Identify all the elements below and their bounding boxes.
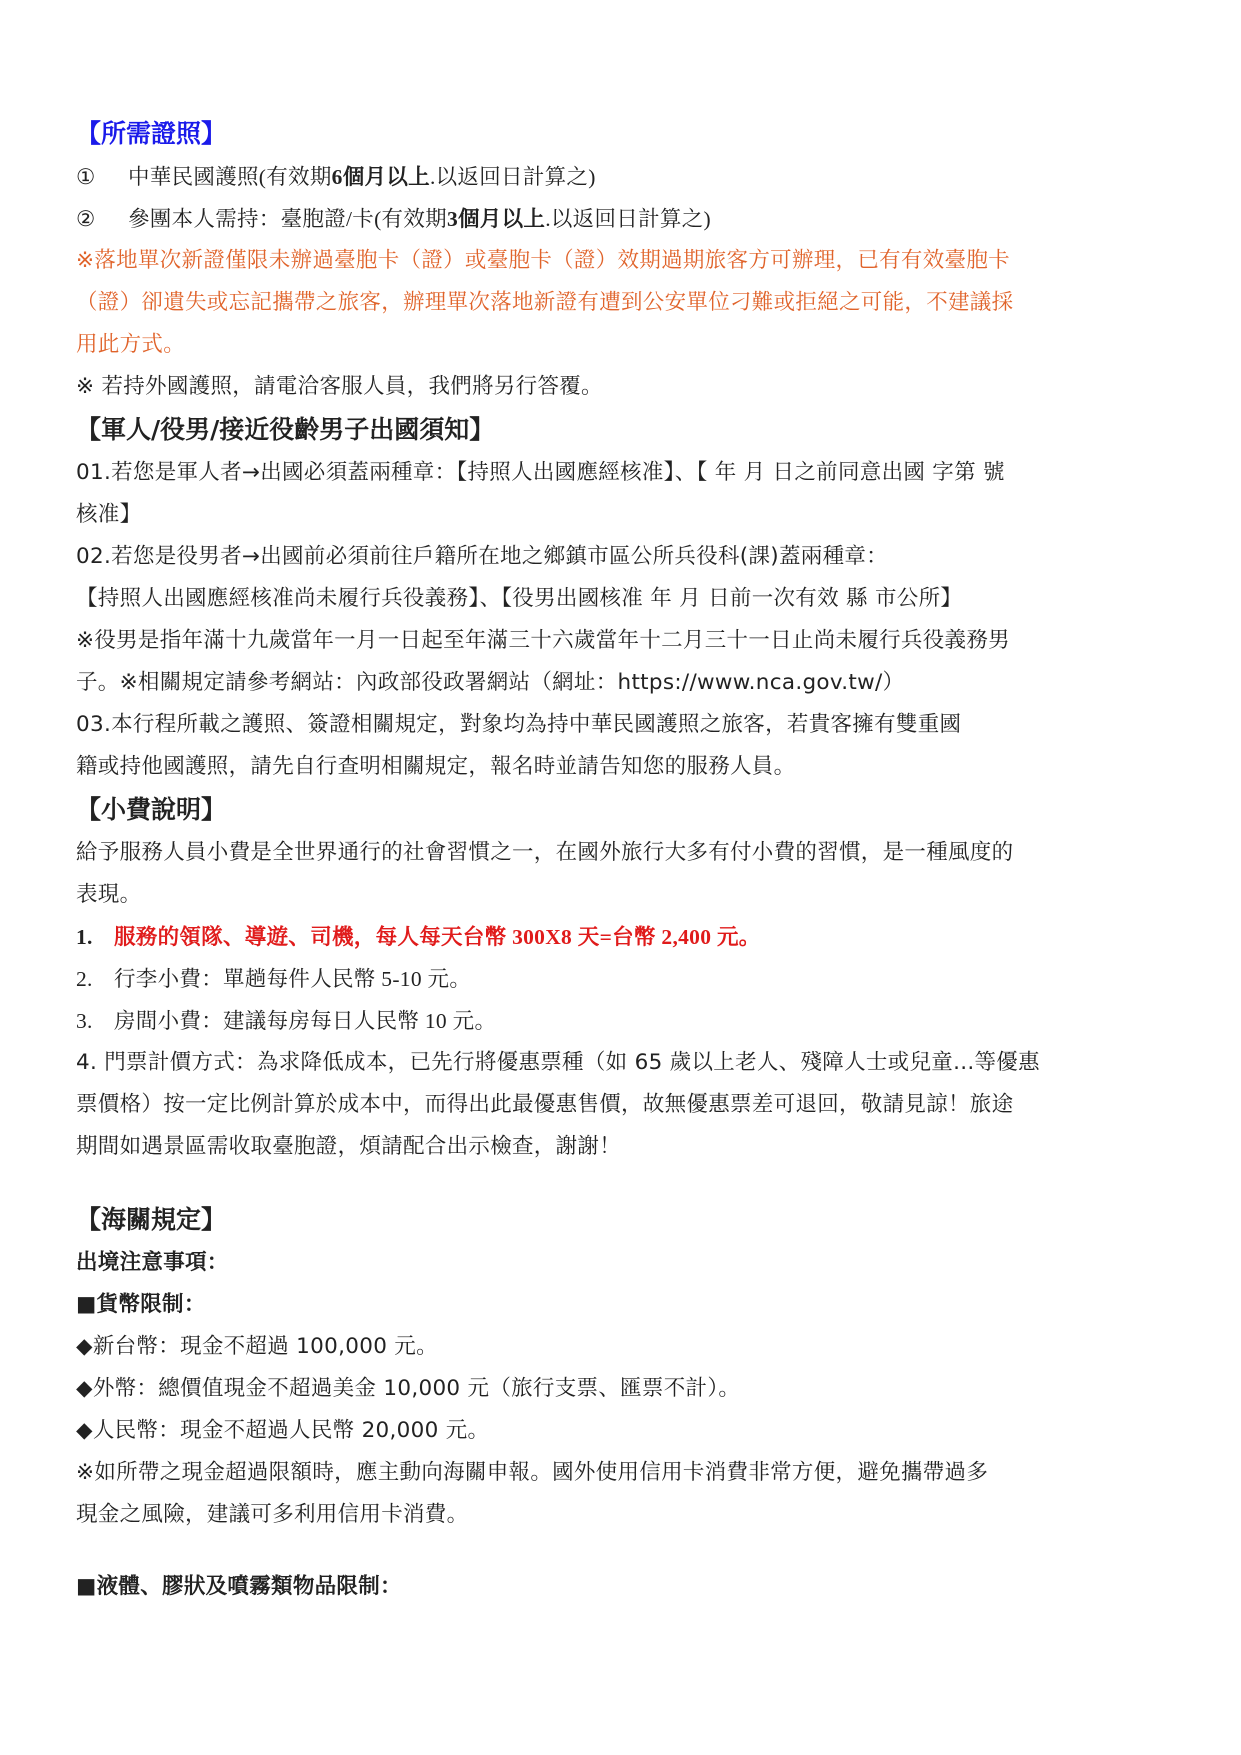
section-title-customs: 【海關規定】: [76, 1198, 1166, 1242]
military-line-5: ※役男是指年滿十九歲當年一月一日起至年滿三十六歲當年十二月三十一日止尚未履行兵役…: [76, 620, 1166, 662]
section-title-tips: 【小費說明】: [76, 788, 1166, 832]
currency-limit-title: ■貨幣限制：: [76, 1284, 1166, 1326]
currency-item-twd: ◆新台幣：現金不超過 100,000 元。: [76, 1326, 1166, 1368]
military-line-2: 核准】: [76, 494, 1166, 536]
military-line-7: 03.本行程所載之護照、簽證相關規定，對象均為持中華民國護照之旅客，若貴客擁有雙…: [76, 704, 1166, 746]
military-line-4: 【持照人出國應經核准尚未履行兵役義務】、【役男出國核准 年 月 日前一次有效 縣…: [76, 578, 1166, 620]
landing-permit-warning-line-1: ※落地單次新證僅限未辦過臺胞卡（證）或臺胞卡（證）效期過期旅客方可辦理，已有有效…: [76, 240, 1166, 282]
military-line-8: 籍或持他國護照，請先自行查明相關規定，報名時並請告知您的服務人員。: [76, 746, 1166, 788]
ticket-pricing-line-1: 4. 門票計價方式：為求降低成本，已先行將優惠票種（如 65 歲以上老人、殘障人…: [76, 1042, 1166, 1084]
tips-intro-line-1: 給予服務人員小費是全世界通行的社會習慣之一，在國外旅行大多有付小費的習慣，是一種…: [76, 832, 1166, 874]
tips-intro-line-2: 表現。: [76, 874, 1166, 916]
spacer: [76, 1536, 1166, 1566]
section-title-documents: 【所需證照】: [76, 112, 1166, 156]
currency-note-line-1: ※如所帶之現金超過限額時，應主動向海關申報。國外使用信用卡消費非常方便，避免攜帶…: [76, 1452, 1166, 1494]
tip-item-1: 1.服務的領隊、導遊、司機，每人每天台幣 300X8 天=台幣 2,400 元。: [76, 916, 1166, 958]
landing-permit-warning-line-3: 用此方式。: [76, 324, 1166, 366]
circled-number-2: ②: [76, 198, 128, 240]
tip-item-2: 2.行李小費：單趟每件人民幣 5-10 元。: [76, 958, 1166, 1000]
document-item-1: ①中華民國護照(有效期6個月以上.以返回日計算之): [76, 156, 1166, 198]
currency-item-foreign: ◆外幣：總價值現金不超過美金 10,000 元（旅行支票、匯票不計）。: [76, 1368, 1166, 1410]
liquid-limit-title: ■液體、膠狀及噴霧類物品限制：: [76, 1566, 1166, 1608]
landing-permit-warning-line-2: （證）卻遺失或忘記攜帶之旅客，辦理單次落地新證有遭到公安單位刁難或拒絕之可能，不…: [76, 282, 1166, 324]
ticket-pricing-line-2: 票價格）按一定比例計算於成本中，而得出此最優惠售價，故無優惠票差可退回，敬請見諒…: [76, 1084, 1166, 1126]
military-line-1: 01.若您是軍人者→出國必須蓋兩種章：【持照人出國應經核准】、【 年 月 日之前…: [76, 452, 1166, 494]
circled-number-1: ①: [76, 156, 128, 198]
section-title-military: 【軍人/役男/接近役齡男子出國須知】: [76, 408, 1166, 452]
military-line-3: 02.若您是役男者→出國前必須前往戶籍所在地之鄉鎮市區公所兵役科(課)蓋兩種章：: [76, 536, 1166, 578]
foreign-passport-note: ※ 若持外國護照，請電洽客服人員，我們將另行答覆。: [76, 366, 1166, 408]
currency-item-rmb: ◆人民幣：現金不超過人民幣 20,000 元。: [76, 1410, 1166, 1452]
ticket-pricing-line-3: 期間如遇景區需收取臺胞證，煩請配合出示檢查，謝謝！: [76, 1126, 1166, 1168]
tip-item-3: 3.房間小費：建議每房每日人民幣 10 元。: [76, 1000, 1166, 1042]
spacer: [76, 1168, 1166, 1198]
currency-note-line-2: 現金之風險，建議可多利用信用卡消費。: [76, 1494, 1166, 1536]
military-line-6-with-link[interactable]: 子。※相關規定請參考網站：內政部役政署網站（網址：https://www.nca…: [76, 662, 1166, 704]
customs-subtitle: 出境注意事項：: [76, 1242, 1166, 1284]
document-page: 【所需證照】 ①中華民國護照(有效期6個月以上.以返回日計算之) ②參團本人需持…: [76, 112, 1166, 1608]
document-item-2: ②參團本人需持：臺胞證/卡(有效期3個月以上.以返回日計算之): [76, 198, 1166, 240]
